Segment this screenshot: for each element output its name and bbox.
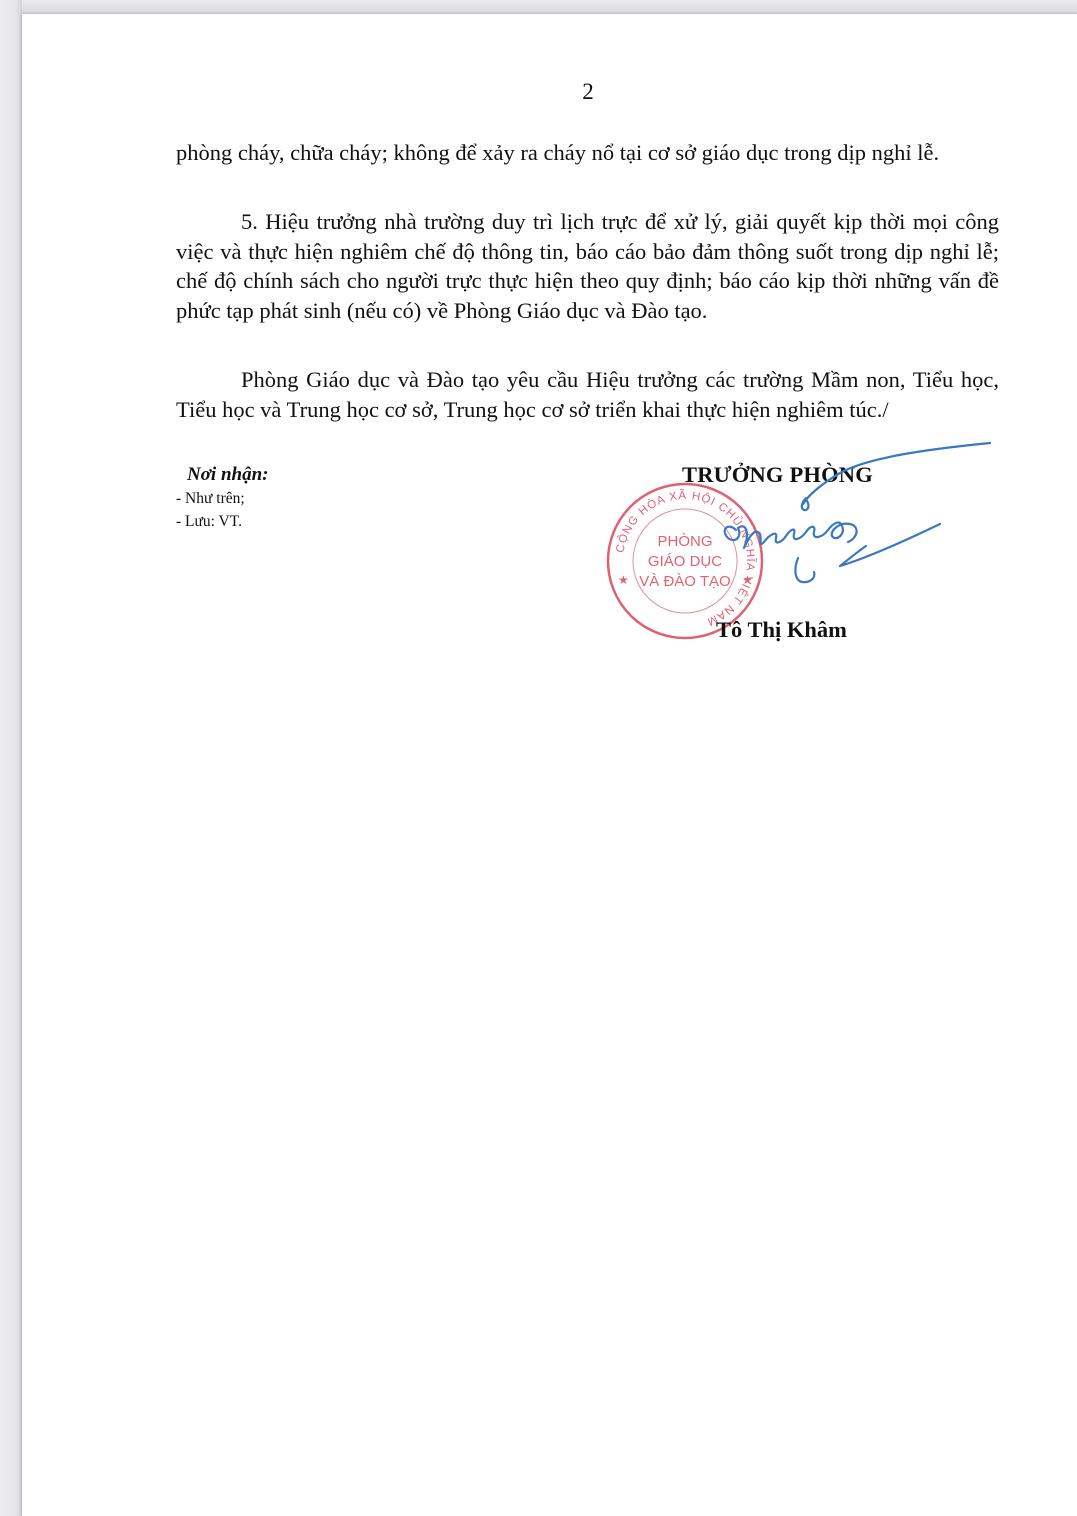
page-number: 2: [0, 79, 1077, 105]
recipient-item: - Lưu: VT.: [176, 510, 268, 533]
paragraph-fire-safety: phòng cháy, chữa cháy; không để xảy ra c…: [176, 138, 999, 168]
recipients-block: Nơi nhận: - Như trên; - Lưu: VT.: [176, 463, 268, 533]
signer-name: Tô Thị Khâm: [716, 617, 847, 643]
paragraph-closing: Phòng Giáo dục và Đào tạo yêu cầu Hiệu t…: [176, 365, 999, 424]
viewer-left-gutter: [0, 0, 22, 1516]
viewer-top-bar: [0, 0, 1077, 14]
svg-text:★: ★: [618, 573, 629, 587]
handwritten-signature: [690, 438, 1000, 598]
recipient-item: - Như trên;: [176, 487, 268, 510]
recipients-heading: Nơi nhận:: [176, 463, 268, 487]
paragraph-item-5: 5. Hiệu trưởng nhà trường duy trì lịch t…: [176, 207, 999, 325]
